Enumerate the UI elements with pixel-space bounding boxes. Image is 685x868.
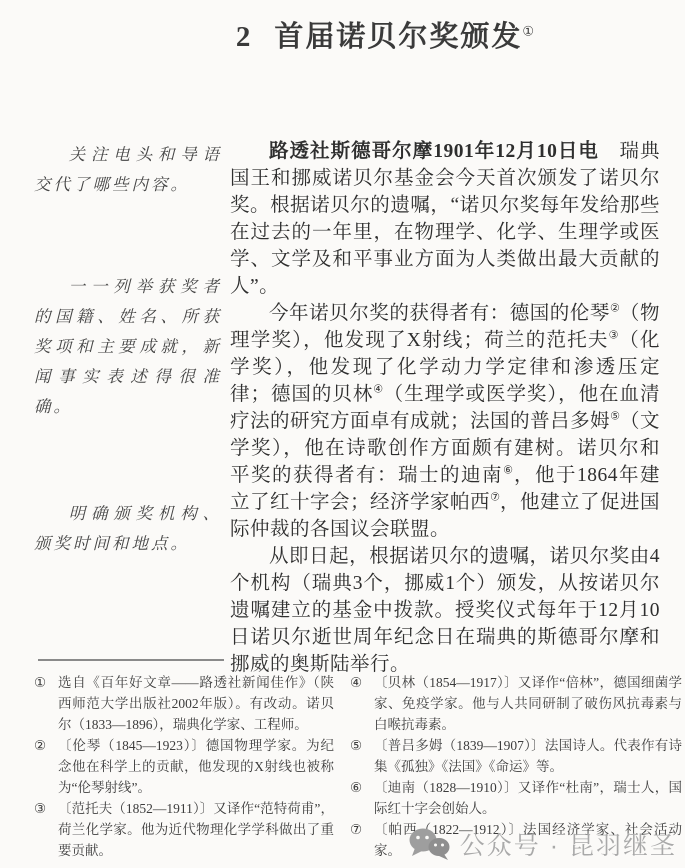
title-footnote-ref: ① bbox=[522, 23, 534, 38]
footnote-ref: ⑤ bbox=[610, 411, 620, 423]
lesson-number: 2 bbox=[236, 21, 253, 53]
footnote-text: 〔伦琴（1845—1923）〕德国物理学家。为纪念他在科学上的贡献，他发现的X射… bbox=[58, 738, 334, 795]
dateline: 路透社斯德哥尔摩1901年12月10日电 bbox=[269, 141, 599, 162]
footnote: ③〔范托夫（1852—1911）〕又译作“范特荷甫”，荷兰化学家。他为近代物理化… bbox=[34, 798, 334, 861]
footnote-marker: ⑥ bbox=[350, 777, 362, 798]
article-body: 路透社斯德哥尔摩1901年12月10日电 瑞典国王和挪威诺贝尔基金会今天首次颁发… bbox=[230, 138, 660, 678]
footnote-ref: ④ bbox=[373, 384, 383, 396]
footnote: ④〔贝林（1854—1917）〕又译作“倍林”，德国细菌学家、免疫学家。他与人共… bbox=[350, 672, 682, 735]
footnote-ref: ⑥ bbox=[503, 465, 514, 477]
footnotes-left-column: ①选自《百年好文章——路透社新闻佳作》（陕西师范大学出版社2002年版）。有改动… bbox=[34, 672, 334, 861]
footnote: ①选自《百年好文章——路透社新闻佳作》（陕西师范大学出版社2002年版）。有改动… bbox=[34, 672, 334, 735]
footnote-marker: ⑤ bbox=[350, 735, 362, 756]
footnote-divider bbox=[38, 659, 224, 661]
paragraph: 今年诺贝尔奖的获得者有：德国的伦琴②（物理学奖），他发现了X射线；荷兰的范托夫③… bbox=[230, 300, 660, 543]
paragraph: 从即日起，根据诺贝尔的遗嘱，诺贝尔奖由4个机构（瑞典3个，挪威1个）颁发，从按诺… bbox=[230, 543, 660, 678]
watermark: 公众号 · 昆羽继圣 bbox=[408, 826, 677, 862]
footnote-ref: ⑦ bbox=[490, 492, 500, 504]
text-segment: 今年诺贝尔奖的获得者有：德国的伦琴 bbox=[269, 303, 610, 324]
paragraph: 路透社斯德哥尔摩1901年12月10日电 瑞典国王和挪威诺贝尔基金会今天首次颁发… bbox=[230, 138, 660, 300]
footnote: ②〔伦琴（1845—1923）〕德国物理学家。为纪念他在科学上的贡献，他发现的X… bbox=[34, 735, 334, 798]
text-segment: 瑞典国王和挪威诺贝尔基金会今天首次颁发了诺贝尔奖。根据诺贝尔的遗嘱，“诺贝尔奖每… bbox=[230, 141, 660, 297]
footnote-ref: ③ bbox=[609, 330, 620, 342]
footnote-marker: ① bbox=[34, 672, 46, 693]
wechat-icon bbox=[408, 827, 450, 861]
footnote-marker: ④ bbox=[350, 672, 362, 693]
footnote-marker: ③ bbox=[34, 798, 46, 819]
watermark-text: 公众号 · 昆羽继圣 bbox=[460, 826, 677, 862]
margin-note: 明确颁奖机构、颁奖时间和地点。 bbox=[34, 499, 222, 559]
margin-note: 关注电头和导语交代了哪些内容。 bbox=[34, 140, 222, 200]
footnote-ref: ② bbox=[610, 303, 620, 315]
textbook-page: 2首届诺贝尔奖颁发① 关注电头和导语交代了哪些内容。一一列举获奖者的国籍、姓名、… bbox=[0, 0, 685, 868]
footnote-text: 选自《百年好文章——路透社新闻佳作》（陕西师范大学出版社2002年版）。有改动。… bbox=[58, 675, 334, 732]
footnote-marker: ⑦ bbox=[350, 819, 362, 840]
footnote: ⑤〔普吕多姆（1839—1907）〕法国诗人。代表作有诗集《孤独》《法国》《命运… bbox=[350, 735, 682, 777]
footnote-text: 〔普吕多姆（1839—1907）〕法国诗人。代表作有诗集《孤独》《法国》《命运》… bbox=[374, 738, 682, 774]
footnote: ⑥〔迪南（1828—1910）〕又译作“杜南”，瑞士人，国际红十字会创始人。 bbox=[350, 777, 682, 819]
lesson-title-text: 首届诺贝尔奖颁发 bbox=[274, 21, 522, 53]
text-segment: 从即日起，根据诺贝尔的遗嘱，诺贝尔奖由4个机构（瑞典3个，挪威1个）颁发，从按诺… bbox=[230, 546, 660, 675]
footnote-text: 〔范托夫（1852—1911）〕又译作“范特荷甫”，荷兰化学家。他为近代物理化学… bbox=[58, 801, 334, 858]
margin-note: 一一列举获奖者的国籍、姓名、所获奖项和主要成就，新闻事实表述得很准确。 bbox=[34, 272, 222, 422]
footnote-text: 〔贝林（1854—1917）〕又译作“倍林”，德国细菌学家、免疫学家。他与人共同… bbox=[374, 675, 682, 732]
footnote-text: 〔迪南（1828—1910）〕又译作“杜南”，瑞士人，国际红十字会创始人。 bbox=[374, 780, 682, 816]
footnote-marker: ② bbox=[34, 735, 46, 756]
